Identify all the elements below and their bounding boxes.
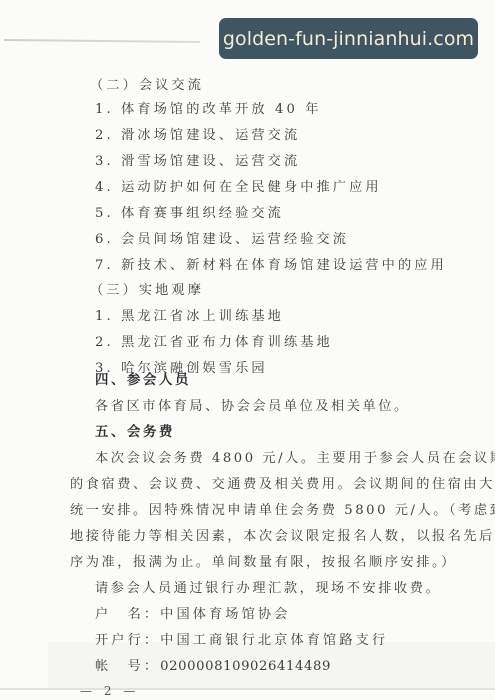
bank-label: 开户行： [95, 633, 160, 648]
list-item: 4. 运动防护如何在全民健身中推广应用 [95, 179, 382, 197]
account-number-row: 帐 号：0200008109026414489 [95, 658, 331, 676]
bank-row: 开户行：中国工商银行北京体育馆路支行 [95, 632, 388, 650]
attendees-text: 各省区市体育局、协会会员单位及相关单位。 [95, 398, 410, 416]
document-page: （二）会议交流 1. 体育场馆的改革开放 40 年 2. 滑冰场馆建设、运营交流… [0, 0, 495, 700]
account-name-label: 户 名： [95, 607, 160, 622]
section-heading-meeting-exchange: （二）会议交流 [90, 77, 204, 95]
part-heading-conference-fee: 五、会务费 [95, 424, 175, 442]
account-number-value: 0200008109026414489 [160, 659, 331, 674]
list-item: 1. 体育场馆的改革开放 40 年 [95, 101, 322, 119]
fee-paragraph-line: 的食宿费、会议费、交通费及相关费用。会议期间的住宿由大会 [70, 476, 495, 494]
account-number-label: 帐 号： [95, 659, 160, 674]
fee-paragraph-line: 统一安排。因特殊情况申请单住会务费 5800 元/人。（考虑到当 [70, 502, 495, 520]
account-name-value: 中国体育场馆协会 [160, 607, 290, 622]
fee-paragraph-line: 地接待能力等相关因素，本次会议限定报名人数，以报名先后顺 [70, 528, 495, 546]
fee-paragraph-line: 本次会议会务费 4800 元/人。主要用于参会人员在会议期间 [95, 450, 495, 468]
list-item: 2. 黑龙江省亚布力体育训练基地 [95, 334, 333, 352]
section-heading-site-visit: （三）实地观摩 [90, 282, 204, 300]
list-item: 7. 新技术、新材料在体育场馆建设运营中的应用 [95, 257, 447, 275]
part-heading-attendees: 四、参会人员 [95, 372, 191, 390]
page-number: — 2 — [80, 684, 139, 698]
bank-value: 中国工商银行北京体育馆路支行 [160, 633, 388, 648]
fee-paragraph-line: 序为准，报满为止。单间数量有限，按报名顺序安排。） [70, 554, 457, 572]
list-item: 5. 体育赛事组织经验交流 [95, 205, 284, 223]
list-item: 6. 会员间场馆建设、运营经验交流 [95, 231, 349, 249]
account-name-row: 户 名：中国体育场馆协会 [95, 606, 290, 624]
list-item: 2. 滑冰场馆建设、运营交流 [95, 127, 300, 145]
payment-note: 请参会人员通过银行办理汇款，现场不安排收费。 [95, 580, 441, 598]
list-item: 3. 滑雪场馆建设、运营交流 [95, 153, 300, 171]
list-item: 1. 黑龙江省冰上训练基地 [95, 308, 284, 326]
